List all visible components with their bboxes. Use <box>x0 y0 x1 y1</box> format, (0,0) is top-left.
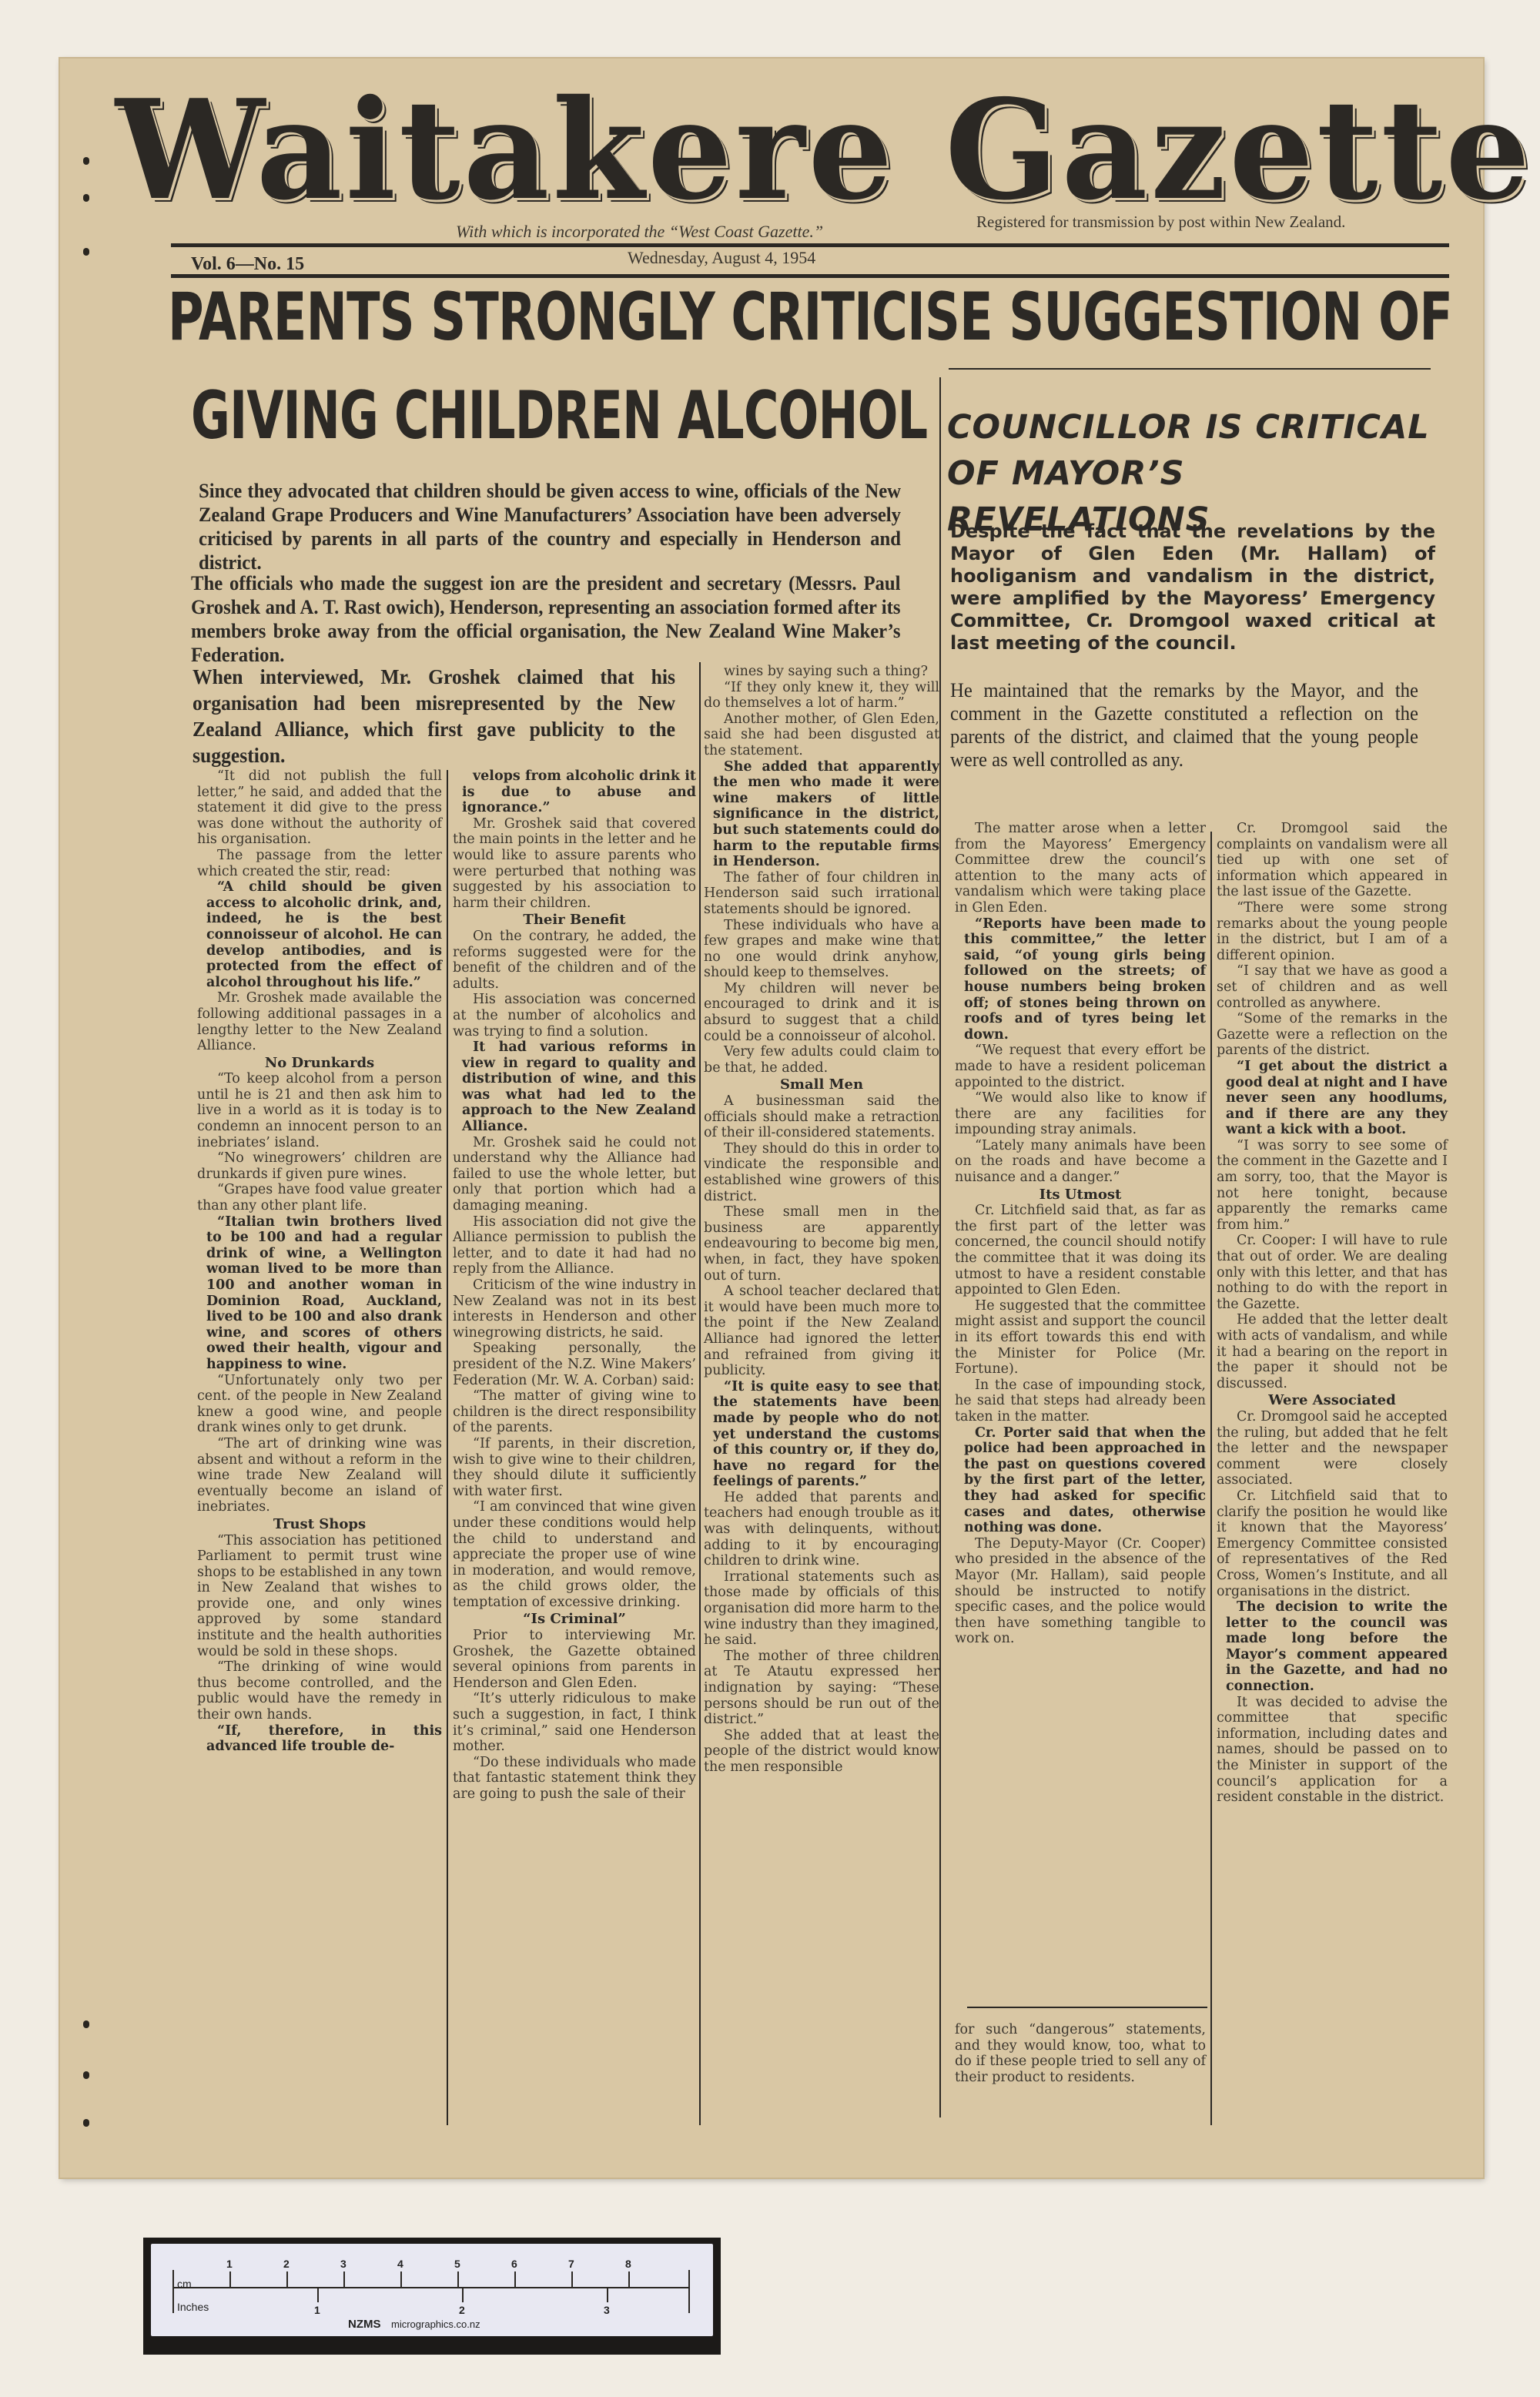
column-divider <box>447 770 448 2125</box>
cm-tick <box>343 2271 345 2287</box>
main-lead-3: When interviewed, Mr. Groshek claimed th… <box>192 664 675 768</box>
paragraph: “Italian twin brothers lived to be 100 a… <box>197 1214 442 1373</box>
paragraph: A businessman said the officials should … <box>704 1093 939 1141</box>
cm-tick <box>514 2271 516 2287</box>
paragraph: He suggested that the committee might as… <box>955 1298 1206 1378</box>
paragraph: “It did not publish the full letter,” he… <box>197 768 442 848</box>
paragraph: “Grapes have food value greater than any… <box>197 1182 442 1214</box>
continuation-text: for such “dangerous” statements, and the… <box>955 2022 1206 2085</box>
paragraph: Cr. Dromgool said he accepted the ruling… <box>1217 1409 1448 1488</box>
paragraph: The matter arose when a letter from the … <box>955 821 1206 916</box>
paragraph: The mother of three children at Te Ataut… <box>704 1649 939 1728</box>
paragraph: Prior to interviewing Mr. Groshek, the G… <box>453 1628 696 1691</box>
paragraph: “It’s utterly ridiculous to make such a … <box>453 1691 696 1754</box>
paragraph: “There were some strong remarks about th… <box>1217 900 1448 963</box>
paragraph: These individuals who have a few grapes … <box>704 918 939 981</box>
paragraph: Cr. Porter said that when the police had… <box>955 1425 1206 1536</box>
inch-tick-label: 2 <box>459 2304 465 2316</box>
council-column-1: The matter arose when a letter from the … <box>955 821 1206 1647</box>
inch-tick <box>607 2287 608 2302</box>
paragraph: velops from alcoholic drink it is due to… <box>453 768 696 816</box>
continuation-rule <box>967 2007 1207 2008</box>
cm-label: cm <box>177 2278 192 2290</box>
binding-hole <box>83 157 89 165</box>
paragraph: They should do this in order to vindicat… <box>704 1141 939 1204</box>
incorporated-line: With which is incorporated the “West Coa… <box>456 222 823 242</box>
paragraph: It had various reforms in view in regard… <box>453 1039 696 1135</box>
headline-divider <box>949 368 1431 370</box>
ruler-brand: NZMS <box>348 2318 381 2331</box>
subheading: “Is Criminal” <box>453 1612 696 1628</box>
paragraph: It was decided to advise the committee t… <box>1217 1695 1448 1806</box>
subheading: Its Utmost <box>955 1187 1206 1204</box>
paragraph: “It is quite easy to see that the statem… <box>704 1379 939 1490</box>
paragraph: “This association has petitioned Parliam… <box>197 1533 442 1660</box>
paragraph: Speaking personally, the president of th… <box>453 1341 696 1388</box>
column-divider <box>1210 832 1212 2125</box>
cm-tick-label: 4 <box>397 2258 403 2270</box>
cm-tick-label: 3 <box>340 2258 346 2270</box>
paragraph: “I get about the district a good deal at… <box>1217 1059 1448 1138</box>
paragraph: “The matter of giving wine to children i… <box>453 1388 696 1436</box>
binding-hole <box>83 2071 89 2079</box>
cm-tick-label: 8 <box>625 2258 631 2270</box>
cm-tick-label: 1 <box>226 2258 233 2270</box>
inch-tick-label: 1 <box>314 2304 320 2316</box>
binding-hole <box>83 194 89 202</box>
council-column-2: Cr. Dromgool said the complaints on vand… <box>1217 821 1448 1806</box>
subheading: Small Men <box>704 1077 939 1093</box>
paragraph: Mr. Groshek said he could not understand… <box>453 1135 696 1214</box>
paragraph: The Deputy-Mayor (Cr. Cooper) who presid… <box>955 1536 1206 1647</box>
main-continuation: for such “dangerous” statements, and the… <box>955 2022 1206 2085</box>
paragraph: “I say that we have as good a set of chi… <box>1217 963 1448 1011</box>
ruler-end-tick <box>172 2270 174 2313</box>
paragraph: In the case of impounding stock, he said… <box>955 1378 1206 1425</box>
paragraph: She added that at least the people of th… <box>704 1728 939 1776</box>
paragraph: Cr. Litchfield said that to clarify the … <box>1217 1488 1448 1599</box>
binding-hole <box>83 2020 89 2028</box>
paragraph: “The drinking of wine would thus become … <box>197 1659 442 1722</box>
paragraph: wines by saying such a thing? <box>704 664 939 680</box>
paragraph: “I am convinced that wine given under th… <box>453 1499 696 1610</box>
paragraph: “The art of drinking wine was absent and… <box>197 1436 442 1515</box>
paragraph: “If they only knew it, they will do them… <box>704 680 939 711</box>
registration-line: Registered for transmission by post with… <box>976 213 1345 232</box>
paragraph: “Lately many animals have been on the ro… <box>955 1138 1206 1186</box>
cm-tick <box>571 2271 573 2287</box>
paragraph: He added that parents and teachers had e… <box>704 1490 939 1569</box>
main-column-2: velops from alcoholic drink it is due to… <box>453 768 696 1803</box>
cm-tick <box>229 2271 231 2287</box>
cm-tick-label: 5 <box>454 2258 460 2270</box>
paragraph: The decision to write the letter to the … <box>1217 1599 1448 1695</box>
paragraph: “We request that every effort be made to… <box>955 1043 1206 1090</box>
subheading: Trust Shops <box>197 1517 442 1533</box>
subheading: Were Associated <box>1217 1393 1448 1409</box>
paragraph: My children will never be encouraged to … <box>704 981 939 1044</box>
paragraph: These small men in the business are appa… <box>704 1204 939 1284</box>
cm-tick-label: 2 <box>283 2258 290 2270</box>
paragraph: “A child should be given access to alcoh… <box>197 879 442 990</box>
masthead-title: Waitakere Gazette <box>115 77 1400 223</box>
subheading: No Drunkards <box>197 1056 442 1072</box>
paragraph: His association was concerned at the num… <box>453 992 696 1039</box>
paragraph: “No winegrowers’ children are drunkards … <box>197 1150 442 1182</box>
paragraph: Criticism of the wine industry in New Ze… <box>453 1277 696 1341</box>
binding-hole <box>83 2119 89 2127</box>
paragraph: “I was sorry to see some of the comment … <box>1217 1138 1448 1234</box>
paragraph: “Reports have been made to this committe… <box>955 916 1206 1043</box>
binding-hole <box>83 248 89 256</box>
paragraph: Cr. Litchfield said that, as far as the … <box>955 1203 1206 1298</box>
main-lead-1: Since they advocated that children shoul… <box>199 479 901 574</box>
ruler-website: micrographics.co.nz <box>391 2318 480 2330</box>
scale-ruler: cm Inches 12345678 123 NZMS micrographic… <box>151 2244 713 2336</box>
cm-tick <box>286 2271 288 2287</box>
volume-number: Vol. 6—No. 15 <box>191 254 304 275</box>
paragraph: The passage from the letter which create… <box>197 848 442 879</box>
inches-label: Inches <box>177 2301 209 2313</box>
paragraph: The father of four children in Henderson… <box>704 870 939 918</box>
paragraph: Very few adults could claim to be that, … <box>704 1044 939 1076</box>
main-headline-line2: GIVING CHILDREN ALCOHOL <box>191 377 927 454</box>
paragraph: Mr. Groshek made available the following… <box>197 990 442 1053</box>
cm-tick-label: 7 <box>568 2258 574 2270</box>
issue-date: Wednesday, August 4, 1954 <box>628 248 815 268</box>
subheading: Their Benefit <box>453 912 696 929</box>
paragraph: “We would also like to know if there are… <box>955 1090 1206 1138</box>
paragraph: “Some of the remarks in the Gazette were… <box>1217 1011 1448 1059</box>
column-divider <box>939 377 941 2117</box>
inch-tick <box>317 2287 319 2302</box>
council-lead-serif: He maintained that the remarks by the Ma… <box>950 679 1418 772</box>
cm-tick <box>457 2271 459 2287</box>
paragraph: He added that the letter dealt with acts… <box>1217 1312 1448 1391</box>
cm-tick <box>628 2271 630 2287</box>
paragraph: Cr. Cooper: I will have to rule that out… <box>1217 1233 1448 1312</box>
paragraph: “If parents, in their discretion, wish t… <box>453 1436 696 1499</box>
cm-tick-label: 6 <box>511 2258 517 2270</box>
council-lead-bold: Despite the fact that the revelations by… <box>950 521 1435 654</box>
masthead-rule <box>171 243 1449 247</box>
paragraph: “If, therefore, in this advanced life tr… <box>197 1723 442 1755</box>
paragraph: Irrational statements such as those made… <box>704 1569 939 1649</box>
inch-tick <box>462 2287 464 2302</box>
paragraph: “To keep alcohol from a person until he … <box>197 1071 442 1150</box>
main-headline-line1: PARENTS STRONGLY CRITICISE SUGGESTION OF <box>168 279 1103 356</box>
paragraph: “Unfortunately only two per cent. of the… <box>197 1373 442 1436</box>
paragraph: She added that apparently the men who ma… <box>704 759 939 870</box>
main-column-3: wines by saying such a thing?“If they on… <box>704 664 939 1776</box>
paragraph: Mr. Groshek said that covered the main p… <box>453 816 696 912</box>
paragraph: Another mother, of Glen Eden, said she h… <box>704 711 939 759</box>
column-divider <box>699 662 701 2125</box>
main-column-1: “It did not publish the full letter,” he… <box>197 768 442 1755</box>
main-lead-2: The officials who made the suggest ion a… <box>191 571 901 667</box>
inch-tick-label: 3 <box>604 2304 610 2316</box>
paragraph: A school teacher declared that it would … <box>704 1284 939 1379</box>
paragraph: Cr. Dromgool said the complaints on vand… <box>1217 821 1448 900</box>
ruler-baseline <box>172 2287 690 2288</box>
paragraph: “Do these individuals who made that fant… <box>453 1755 696 1803</box>
cm-tick <box>400 2271 402 2287</box>
dateline-rule <box>171 274 1449 278</box>
paragraph: His association did not give the Allianc… <box>453 1214 696 1277</box>
paragraph: On the contrary, he added, the reforms s… <box>453 929 696 992</box>
ruler-end-tick <box>688 2270 690 2313</box>
